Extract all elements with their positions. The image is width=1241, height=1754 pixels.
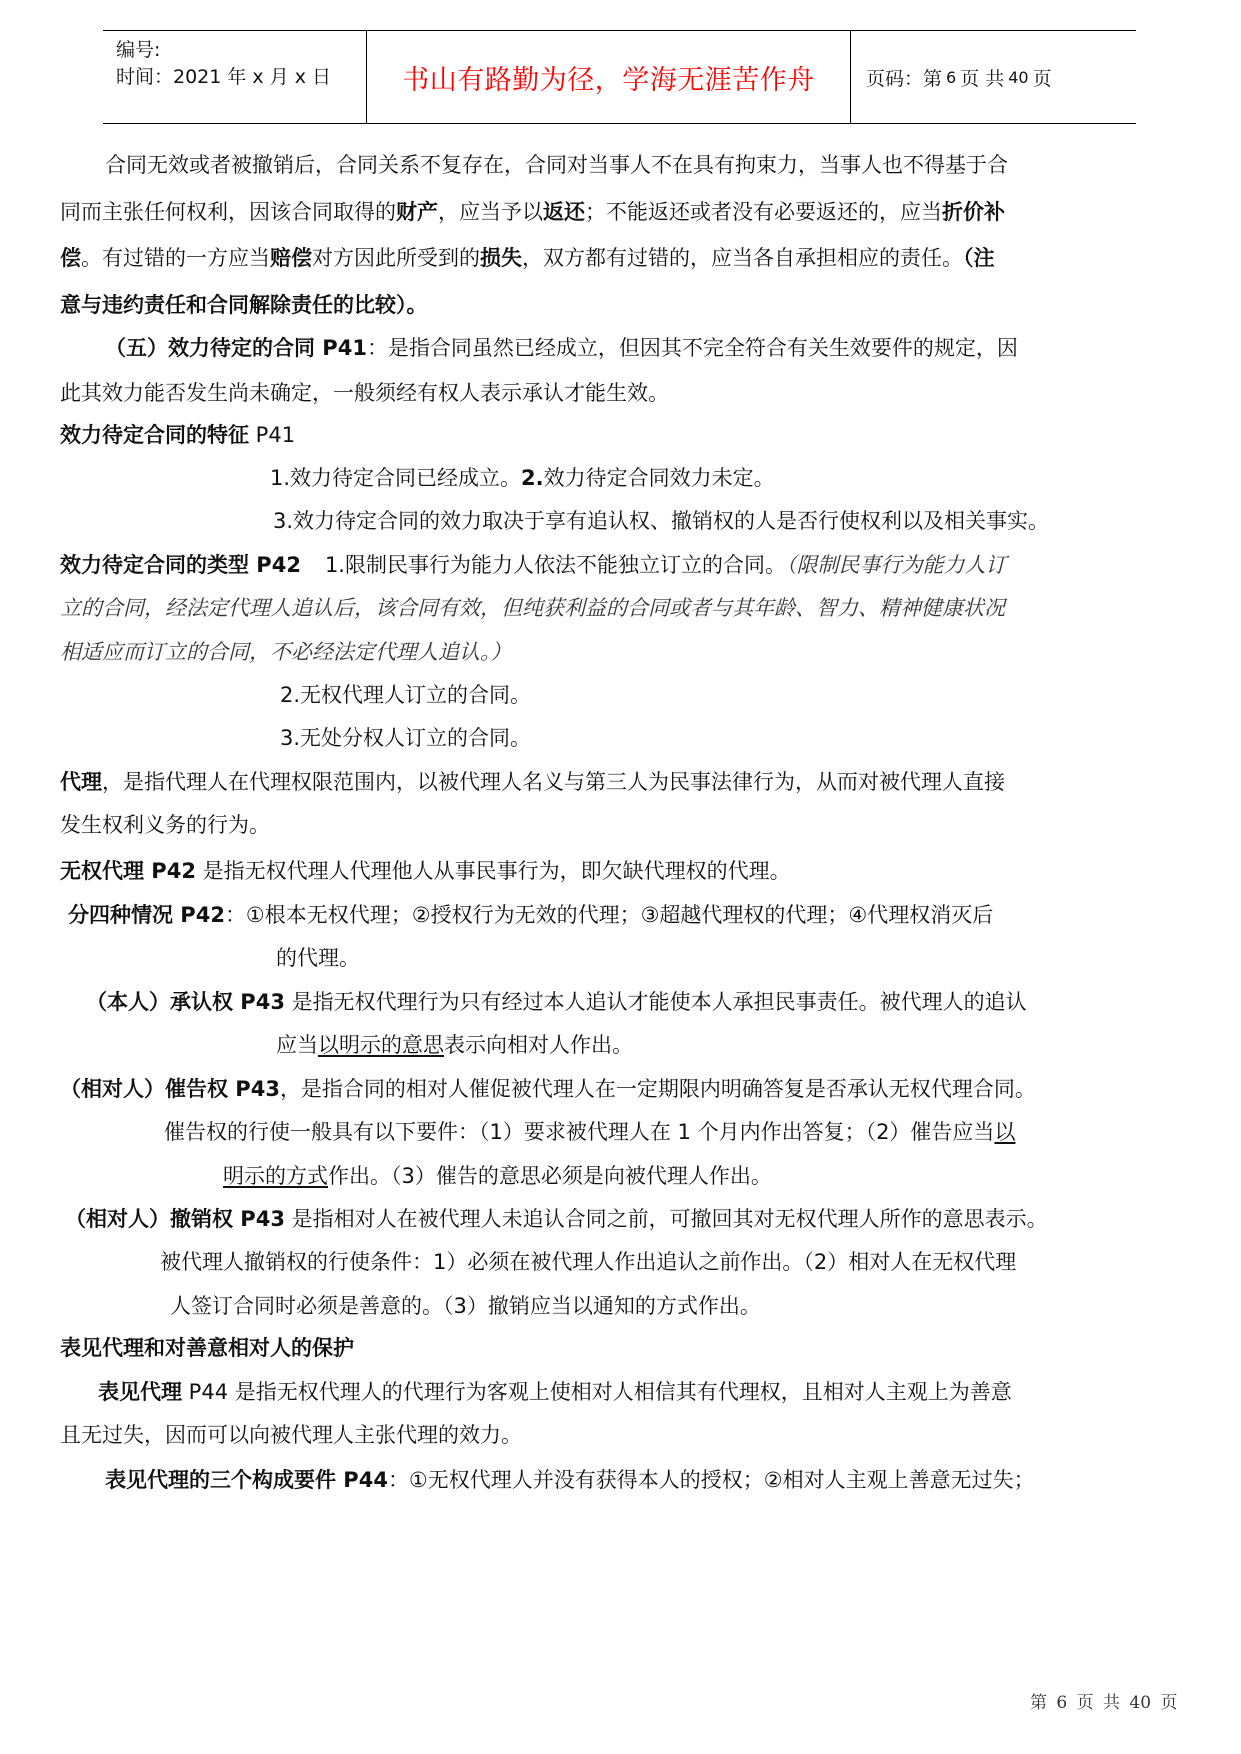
p1-line1: 合同无效或者被撤销后，合同关系不复存在，合同对当事人不在具有拘束力，当事人也不得… [105,150,1008,180]
page-header-table: 编号: 时间：2021 年 x 月 x 日 书山有路勤为径，学海无涯苦作舟 页码… [103,30,1136,124]
header-page-cell: 页码：第 6 页 共 40 页 [851,31,1136,123]
header-meta-cell: 编号: 时间：2021 年 x 月 x 日 [103,31,367,123]
features-item-3: 3.效力待定合同的效力取决于享有追认权、撤销权的人是否行使权利以及相关事实。 [273,506,1049,536]
types-note-line2: 立的合同，经法定代理人追认后，该合同有效，但纯获利益的合同或者与其年龄、智力、精… [60,593,1005,623]
page-prefix: 页码：第 [866,64,942,91]
features-item-1-2: 1.效力待定合同已经成立。2.效力待定合同效力未定。 [270,463,775,493]
p1-line4: 意与违约责任和合同解除责任的比较）。 [60,290,428,320]
motto-text: 书山有路勤为径，学海无涯苦作舟 [402,58,815,97]
revocation-line1: （相对人）撤销权 P43 是指相对人在被代理人未追认合同之前，可撤回其对无权代理… [65,1204,1048,1234]
page-footer: 第 6 页 共 40 页 [1030,1688,1177,1713]
agency-line2: 发生权利义务的行为。 [60,810,270,840]
serial-number-label: 编号: [116,37,366,64]
apparent-requirements: 表见代理的三个构成要件 P44：①无权代理人并没有获得本人的授权；②相对人主观上… [105,1465,1035,1495]
p1-line2: 同而主张任何权利，因该合同取得的财产，应当予以返还；不能返还或者没有必要返还的，… [60,197,1005,227]
demand-line2: 催告权的行使一般具有以下要件：（1）要求被代理人在 1 个月内作出答复；（2）催… [164,1117,1015,1147]
date-label: 时间：2021 年 x 月 x 日 [116,64,366,91]
types-line1: 效力待定合同的类型 P421.限制民事行为能力人依法不能独立订立的合同。（限制民… [60,550,1006,580]
types-item-3: 3.无处分权人订立的合同。 [280,723,531,753]
demand-line1: （相对人）催告权 P43，是指合同的相对人催促被代理人在一定期限内明确答复是否承… [60,1074,1036,1104]
ratification-line1: （本人）承认权 P43 是指无权代理行为只有经过本人追认才能使本人承担民事责任。… [86,987,1027,1017]
apparent-line1: 表见代理 P44 是指无权代理人的代理行为客观上使相对人相信其有代理权，且相对人… [98,1377,1012,1407]
p2-line2: 此其效力能否发生尚未确定，一般须经有权人表示承认才能生效。 [60,378,669,408]
page-mid: 页 共 [960,64,1004,91]
page-suffix: 页 [1033,64,1052,91]
page-total: 40 [1008,68,1028,87]
unauthorized-def: 无权代理 P42 是指无权代理人代理他人从事民事行为，即欠缺代理权的代理。 [60,856,791,886]
page-current: 6 [946,68,956,87]
ratification-line2: 应当以明示的意思表示向相对人作出。 [276,1030,633,1060]
unauthorized-cases-line2: 的代理。 [276,943,360,973]
agency-line1: 代理，是指代理人在代理权限范围内，以被代理人名义与第三人为民事法律行为，从而对被… [60,767,1005,797]
revocation-line3: 人签订合同时必须是善意的。（3）撤销应当以通知的方式作出。 [170,1291,761,1321]
apparent-heading: 表见代理和对善意相对人的保护 [60,1333,354,1363]
demand-line3: 明示的方式作出。（3）催告的意思必须是向被代理人作出。 [223,1161,772,1191]
p2-line1: （五）效力待定的合同 P41：是指合同虽然已经成立，但因其不完全符合有关生效要件… [105,333,1018,363]
types-item-2: 2.无权代理人订立的合同。 [280,680,531,710]
header-motto-cell: 书山有路勤为径，学海无涯苦作舟 [367,31,851,123]
types-note-line3: 相适应而订立的合同，不必经法定代理人追认。） [60,637,512,667]
p1-line3: 偿。有过错的一方应当赔偿对方因此所受到的损失，双方都有过错的，应当各自承担相应的… [60,243,995,273]
features-heading: 效力待定合同的特征 P41 [60,420,295,450]
revocation-line2: 被代理人撤销权的行使条件：1）必须在被代理人作出追认之前作出。（2）相对人在无权… [160,1247,1016,1277]
unauthorized-cases-line1: 分四种情况 P42：①根本无权代理；②授权行为无效的代理；③超越代理权的代理；④… [68,900,993,930]
apparent-line2: 且无过失，因而可以向被代理人主张代理的效力。 [60,1420,522,1450]
